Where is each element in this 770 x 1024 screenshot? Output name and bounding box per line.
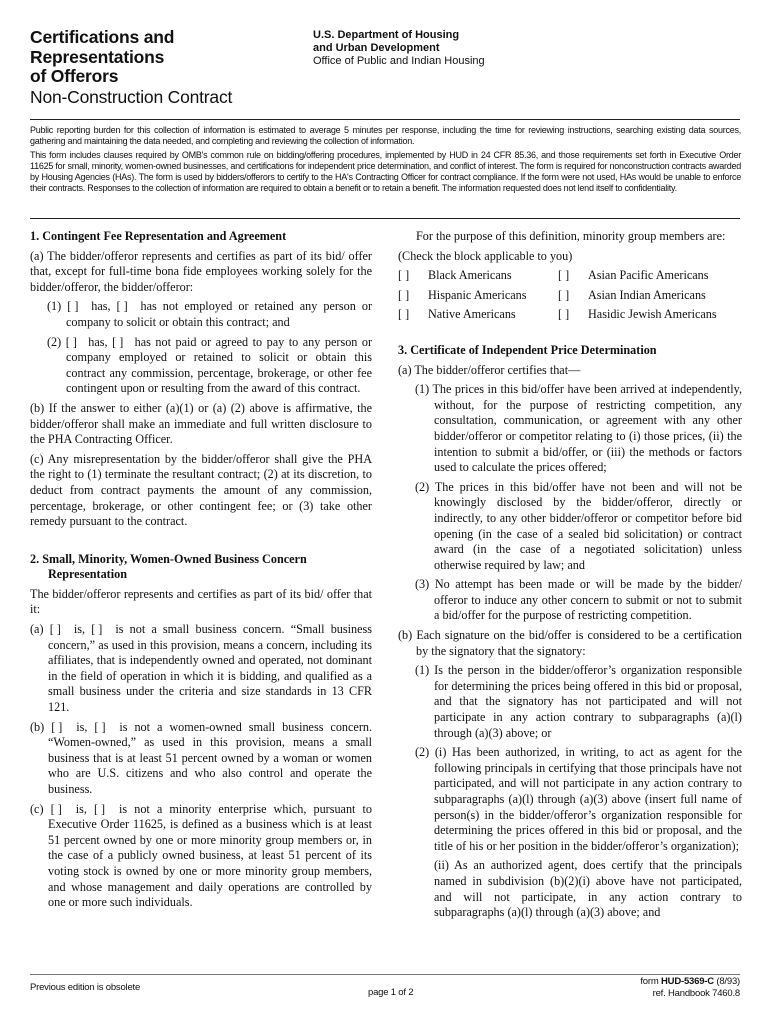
is-checkbox[interactable]: [ ]	[51, 802, 69, 818]
checkbox[interactable]: [ ]	[558, 268, 588, 284]
right-column: For the purpose of this definition, mino…	[398, 229, 742, 925]
checkbox[interactable]: [ ]	[558, 288, 588, 304]
section-3-b: (b) Each signature on the bid/offer is c…	[398, 628, 742, 659]
form-title-line-1: Certifications and	[30, 28, 290, 48]
option-label: is,	[76, 802, 87, 816]
is-not-checkbox[interactable]: [ ]	[91, 622, 109, 638]
item-label: (2)	[415, 745, 429, 759]
footer-form-id: form HUD-5369-C (8/93) ref. Handbook 746…	[640, 976, 740, 1000]
section-3-a: (a) The bidder/offeror certifies that—	[398, 363, 742, 379]
minority-option-black-americans[interactable]: [ ]Black Americans	[398, 268, 558, 284]
checkbox[interactable]: [ ]	[398, 288, 428, 304]
option-label: Native Americans	[428, 307, 516, 321]
item-label: (b)	[30, 720, 44, 734]
has-not-checkbox[interactable]: [ ]	[117, 299, 135, 315]
check-instruction: (Check the block applicable to you)	[398, 249, 742, 265]
minority-group-checklist: [ ]Black Americans [ ]Asian Pacific Amer…	[398, 268, 742, 323]
section-1-a2: (2) [ ] has, [ ] has not paid or agreed …	[30, 335, 372, 397]
minority-option-asian-pacific-americans[interactable]: [ ]Asian Pacific Americans	[558, 268, 742, 284]
option-label: Black Americans	[428, 268, 512, 282]
item-label: (b)	[398, 628, 412, 642]
section-1-a: (a) The bidder/offeror represents and ce…	[30, 249, 372, 296]
section-1-c: (c) Any misrepresentation by the bidder/…	[30, 452, 372, 530]
header-divider	[30, 119, 740, 120]
minority-option-asian-indian-americans[interactable]: [ ]Asian Indian Americans	[558, 288, 742, 304]
section-2-b: (b) [ ] is, [ ] is not a women-owned sma…	[30, 720, 372, 798]
is-not-checkbox[interactable]: [ ]	[94, 720, 112, 736]
has-checkbox[interactable]: [ ]	[66, 335, 84, 351]
minority-intro: For the purpose of this definition, mino…	[398, 229, 742, 245]
option-label: is,	[74, 622, 85, 636]
option-label: has,	[88, 335, 107, 349]
option-label: Asian Indian Americans	[588, 288, 706, 302]
item-text: has not employed or retained any person …	[66, 299, 372, 329]
option-label: Asian Pacific Americans	[588, 268, 708, 282]
item-label: (1)	[415, 663, 429, 677]
section-2-intro: The bidder/offeror represents and certif…	[30, 587, 372, 618]
option-label: Hasidic Jewish Americans	[588, 307, 717, 321]
item-label: (2)	[47, 335, 61, 349]
checkbox[interactable]: [ ]	[398, 268, 428, 284]
burden-statement: Public reporting burden for this collect…	[30, 125, 741, 197]
section-3-b1: (1) Is the person in the bidder/offeror’…	[398, 663, 742, 741]
section-3-a1: (1) The prices in this bid/offer have be…	[398, 382, 742, 476]
item-label: (1)	[47, 299, 61, 313]
handbook-reference: ref. Handbook 7460.8	[640, 988, 740, 1000]
footer-edition-note: Previous edition is obsolete	[30, 982, 140, 993]
section-2-a: (a) [ ] is, [ ] is not a small business …	[30, 622, 372, 716]
has-checkbox[interactable]: [ ]	[67, 299, 85, 315]
section-3-a3: (3) No attempt has been made or will be …	[398, 577, 742, 624]
section-3-b2-i: (2) (i) Has been authorized, in writing,…	[398, 745, 742, 854]
item-label: (c)	[30, 802, 44, 816]
section-2-heading: 2. Small, Minority, Women-Owned Business…	[30, 552, 372, 583]
left-column: 1. Contingent Fee Representation and Agr…	[30, 229, 372, 915]
agency-office: Office of Public and Indian Housing	[313, 55, 485, 68]
section-1-a1: (1) [ ] has, [ ] has not employed or ret…	[30, 299, 372, 330]
minority-option-hasidic-jewish-americans[interactable]: [ ]Hasidic Jewish Americans	[558, 307, 742, 323]
option-label: Hispanic Americans	[428, 288, 527, 302]
section-2-c: (c) [ ] is, [ ] is not a minority enterp…	[30, 802, 372, 911]
checkbox[interactable]: [ ]	[558, 307, 588, 323]
section-3-a2: (2) The prices in this bid/offer have no…	[398, 480, 742, 574]
agency-block: U.S. Department of Housing and Urban Dev…	[313, 29, 485, 68]
item-text: is not a minority enterprise which, purs…	[48, 802, 372, 910]
item-label: (3)	[415, 577, 429, 591]
burden-paragraph-2: This form includes clauses required by O…	[30, 150, 741, 194]
is-checkbox[interactable]: [ ]	[51, 720, 69, 736]
footer-page-number: page 1 of 2	[368, 987, 413, 998]
item-text: (i) Has been authorized, in writing, to …	[434, 745, 742, 853]
form-title-line-2: Representations	[30, 48, 290, 68]
item-text: Is the person in the bidder/offeror’s or…	[434, 663, 742, 739]
option-label: has,	[91, 299, 110, 313]
section-3-heading: 3. Certificate of Independent Price Dete…	[398, 343, 742, 359]
item-text: The prices in this bid/offer have been a…	[432, 382, 742, 474]
item-text: Each signature on the bid/offer is consi…	[416, 628, 742, 658]
checkbox[interactable]: [ ]	[398, 307, 428, 323]
form-prefix: form	[640, 976, 658, 987]
is-not-checkbox[interactable]: [ ]	[94, 802, 112, 818]
minority-option-native-americans[interactable]: [ ]Native Americans	[398, 307, 558, 323]
form-date: (8/93)	[716, 976, 740, 987]
form-title-block: Certifications and Representations of Of…	[30, 28, 290, 107]
form-subtitle: Non-Construction Contract	[30, 87, 290, 107]
item-text: No attempt has been made or will be made…	[434, 577, 742, 622]
agency-line-1: U.S. Department of Housing	[313, 29, 485, 42]
section-1-heading: 1. Contingent Fee Representation and Agr…	[30, 229, 372, 245]
item-label: (2)	[415, 480, 429, 494]
section-3-b2-ii: (ii) As an authorized agent, does certif…	[398, 858, 742, 920]
item-label: (a)	[30, 622, 44, 636]
form-title-line-3: of Offerors	[30, 67, 290, 87]
burden-divider	[30, 218, 740, 219]
has-not-checkbox[interactable]: [ ]	[112, 335, 130, 351]
section-1-b: (b) If the answer to either (a)(1) or (a…	[30, 401, 372, 448]
form-number: HUD-5369-C	[661, 976, 714, 987]
option-label: is,	[76, 720, 87, 734]
is-checkbox[interactable]: [ ]	[50, 622, 68, 638]
footer-divider	[30, 974, 740, 975]
item-text: The prices in this bid/offer have not be…	[434, 480, 742, 572]
minority-option-hispanic-americans[interactable]: [ ]Hispanic Americans	[398, 288, 558, 304]
agency-line-2: and Urban Development	[313, 42, 485, 55]
burden-paragraph-1: Public reporting burden for this collect…	[30, 125, 741, 147]
item-label: (1)	[415, 382, 429, 396]
